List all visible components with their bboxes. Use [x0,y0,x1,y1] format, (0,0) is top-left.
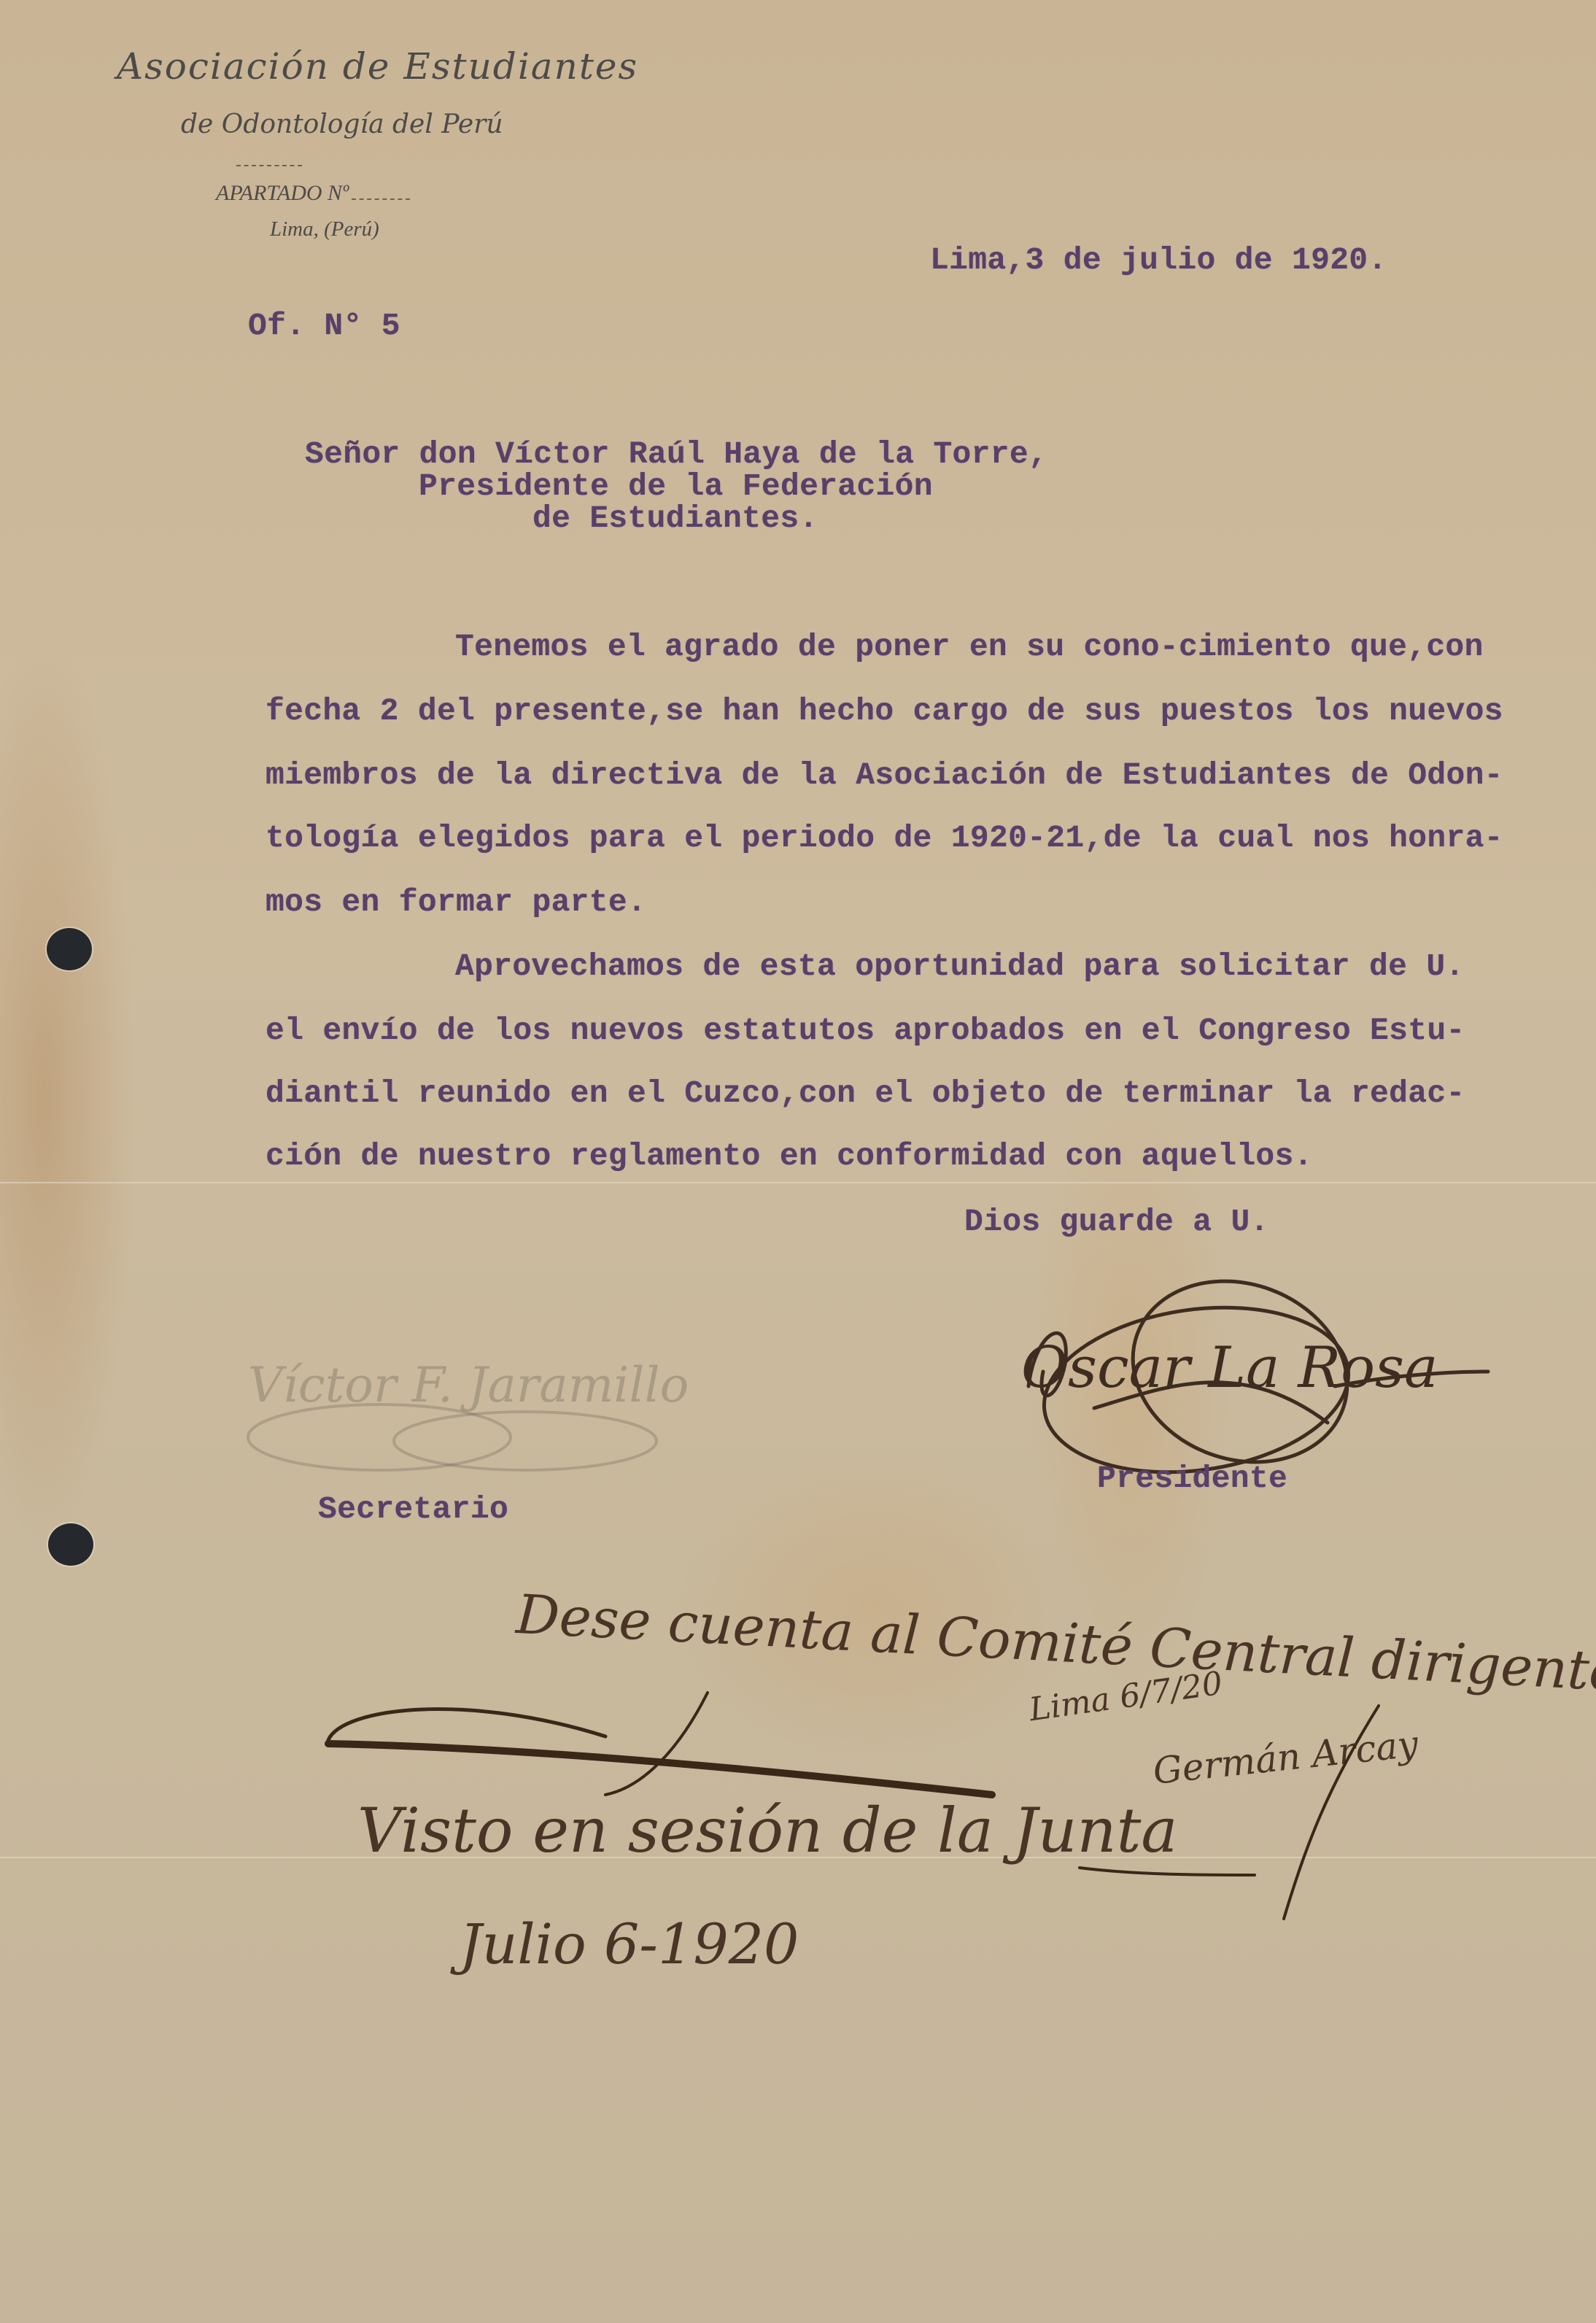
annotation-note-2-date: Julio 6-1920 [460,1912,799,1976]
addressee-line: de Estudiantes. [532,500,818,536]
addressee-line: Señor don Víctor Raúl Haya de la Torre, [305,436,1047,472]
president-title: Presidente [1097,1461,1287,1496]
paper-fold-line [0,1182,1596,1183]
letterhead-apartado: APARTADO Nº [216,181,410,206]
body-line: miembros de la directiva de la Asociació… [266,757,1503,793]
place-date: Lima,3 de julio de 1920. [930,242,1387,278]
reference-number: Of. N° 5 [248,308,400,344]
annotation-note-2: Visto en sesión de la Junta [357,1795,1177,1866]
body-line: ción de nuestro reglamento en conformida… [266,1138,1313,1174]
body-line: fecha 2 del presente,se han hecho cargo … [266,693,1503,729]
body-line: el envío de los nuevos estatutos aprobad… [266,1013,1465,1048]
secretary-signature: Víctor F. Jaramillo [248,1357,689,1413]
letterhead-org-subtitle: de Odontología del Perú [181,109,503,139]
letterhead-org-name: Asociación de Estudiantes [117,45,638,88]
president-signature: Oscar La Rosa [1021,1335,1438,1401]
apartado-label: APARTADO Nº [216,181,349,205]
letter-page: Asociación de Estudiantes de Odontología… [0,0,1596,2323]
letterhead-city: Lima, (Perú) [270,217,379,241]
body-line: mos en formar parte. [266,884,646,920]
body-line: tología elegidos para el periodo de 1920… [266,820,1503,856]
addressee-line: Presidente de la Federación [419,468,933,504]
body-line: diantil reunido en el Cuzco,con el objet… [266,1075,1465,1111]
closing-salutation: Dios guarde a U. [964,1204,1269,1240]
body-line: Aprovechamos de esta oportunidad para so… [455,948,1465,984]
apartado-blank [352,198,410,200]
annotation-note-1-signature: Germán Arcay [1151,1723,1420,1793]
secretary-title: Secretario [318,1491,508,1527]
body-line: Tenemos el agrado de poner en su cono-ci… [455,629,1484,665]
punch-hole [48,1523,93,1566]
letterhead-divider [236,165,302,166]
punch-hole [47,928,92,970]
